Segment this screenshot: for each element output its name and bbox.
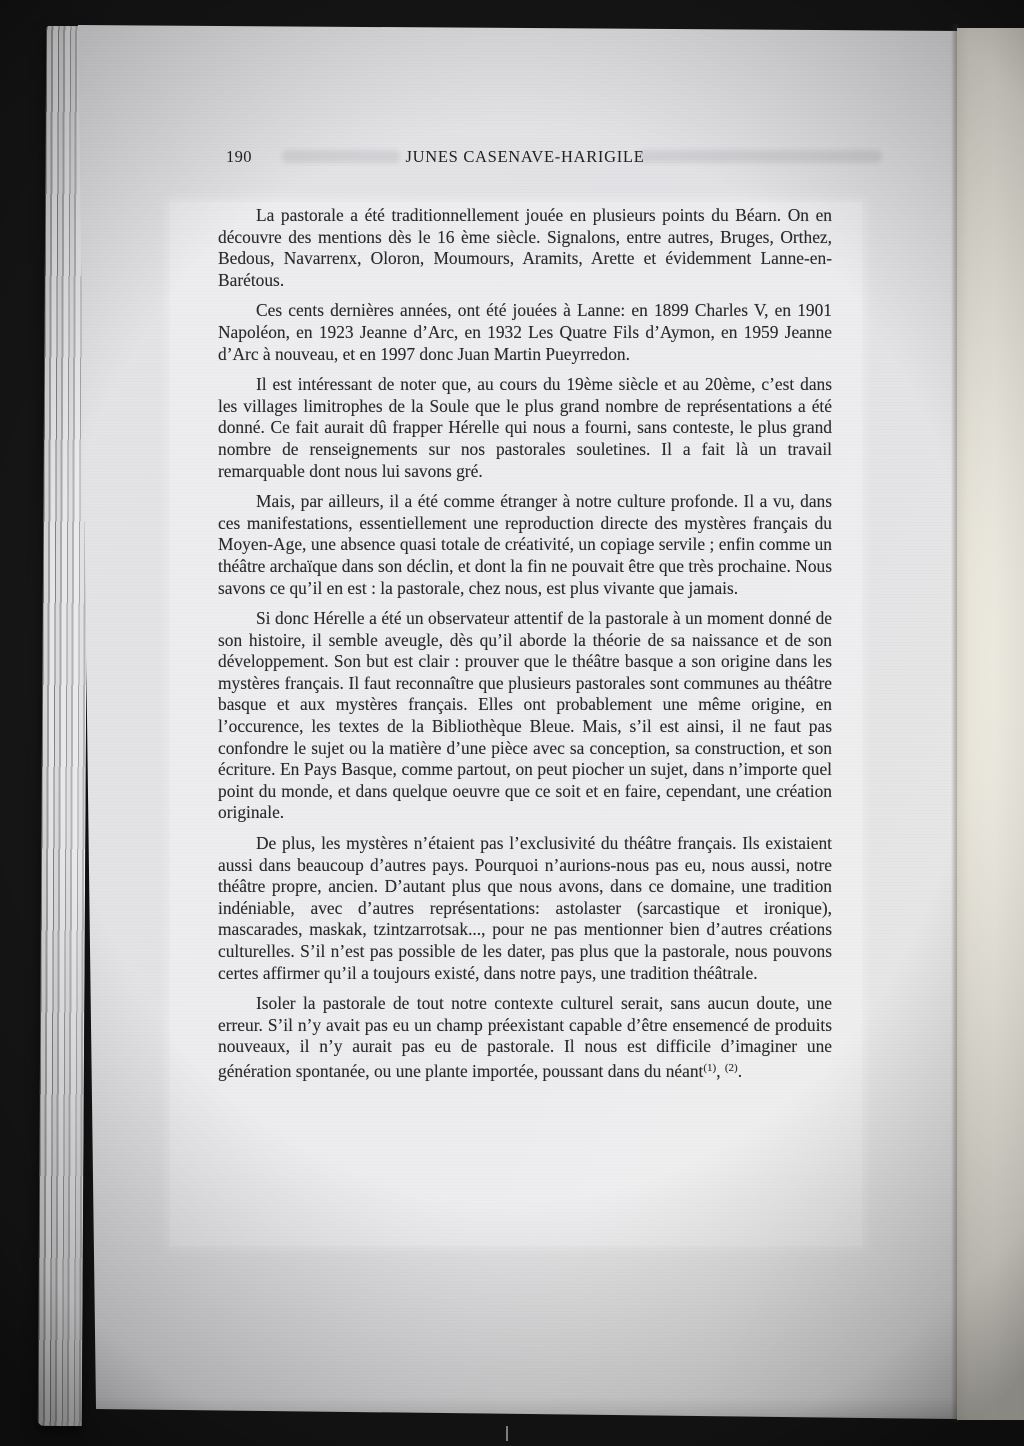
page-content: 190 JUNES CASENAVE-HARIGILE La pastorale… xyxy=(218,147,832,1092)
paragraph: Mais, par ailleurs, il a été comme étran… xyxy=(218,491,832,599)
paragraph: Il est intéressant de noter que, au cour… xyxy=(218,374,832,482)
bleedthrough-smudge xyxy=(282,150,400,163)
page-header: 190 JUNES CASENAVE-HARIGILE xyxy=(218,147,832,169)
book-page: 190 JUNES CASENAVE-HARIGILE La pastorale… xyxy=(70,20,960,1423)
facing-page-edge xyxy=(957,28,1024,1420)
footnote-ref-2: (2) xyxy=(725,1062,738,1074)
scan-artifact-tick xyxy=(506,1426,508,1441)
sentence-end: . xyxy=(738,1061,742,1081)
paragraph: De plus, les mystères n’étaient pas l’ex… xyxy=(218,833,832,984)
paragraph: La pastorale a été traditionnellement jo… xyxy=(218,205,832,291)
footnote-ref-1: (1) xyxy=(703,1062,716,1074)
footnote-separator: , xyxy=(716,1061,725,1081)
paragraph: Ces cents dernières années, ont été joué… xyxy=(218,300,832,365)
paragraph: Si donc Hérelle a été un observateur att… xyxy=(218,608,832,824)
paragraph-with-footnotes: Isoler la pastorale de tout notre contex… xyxy=(218,993,832,1082)
page-number: 190 xyxy=(226,147,252,167)
article-body: La pastorale a été traditionnellement jo… xyxy=(218,205,832,1083)
bleedthrough-smudge xyxy=(638,150,882,163)
